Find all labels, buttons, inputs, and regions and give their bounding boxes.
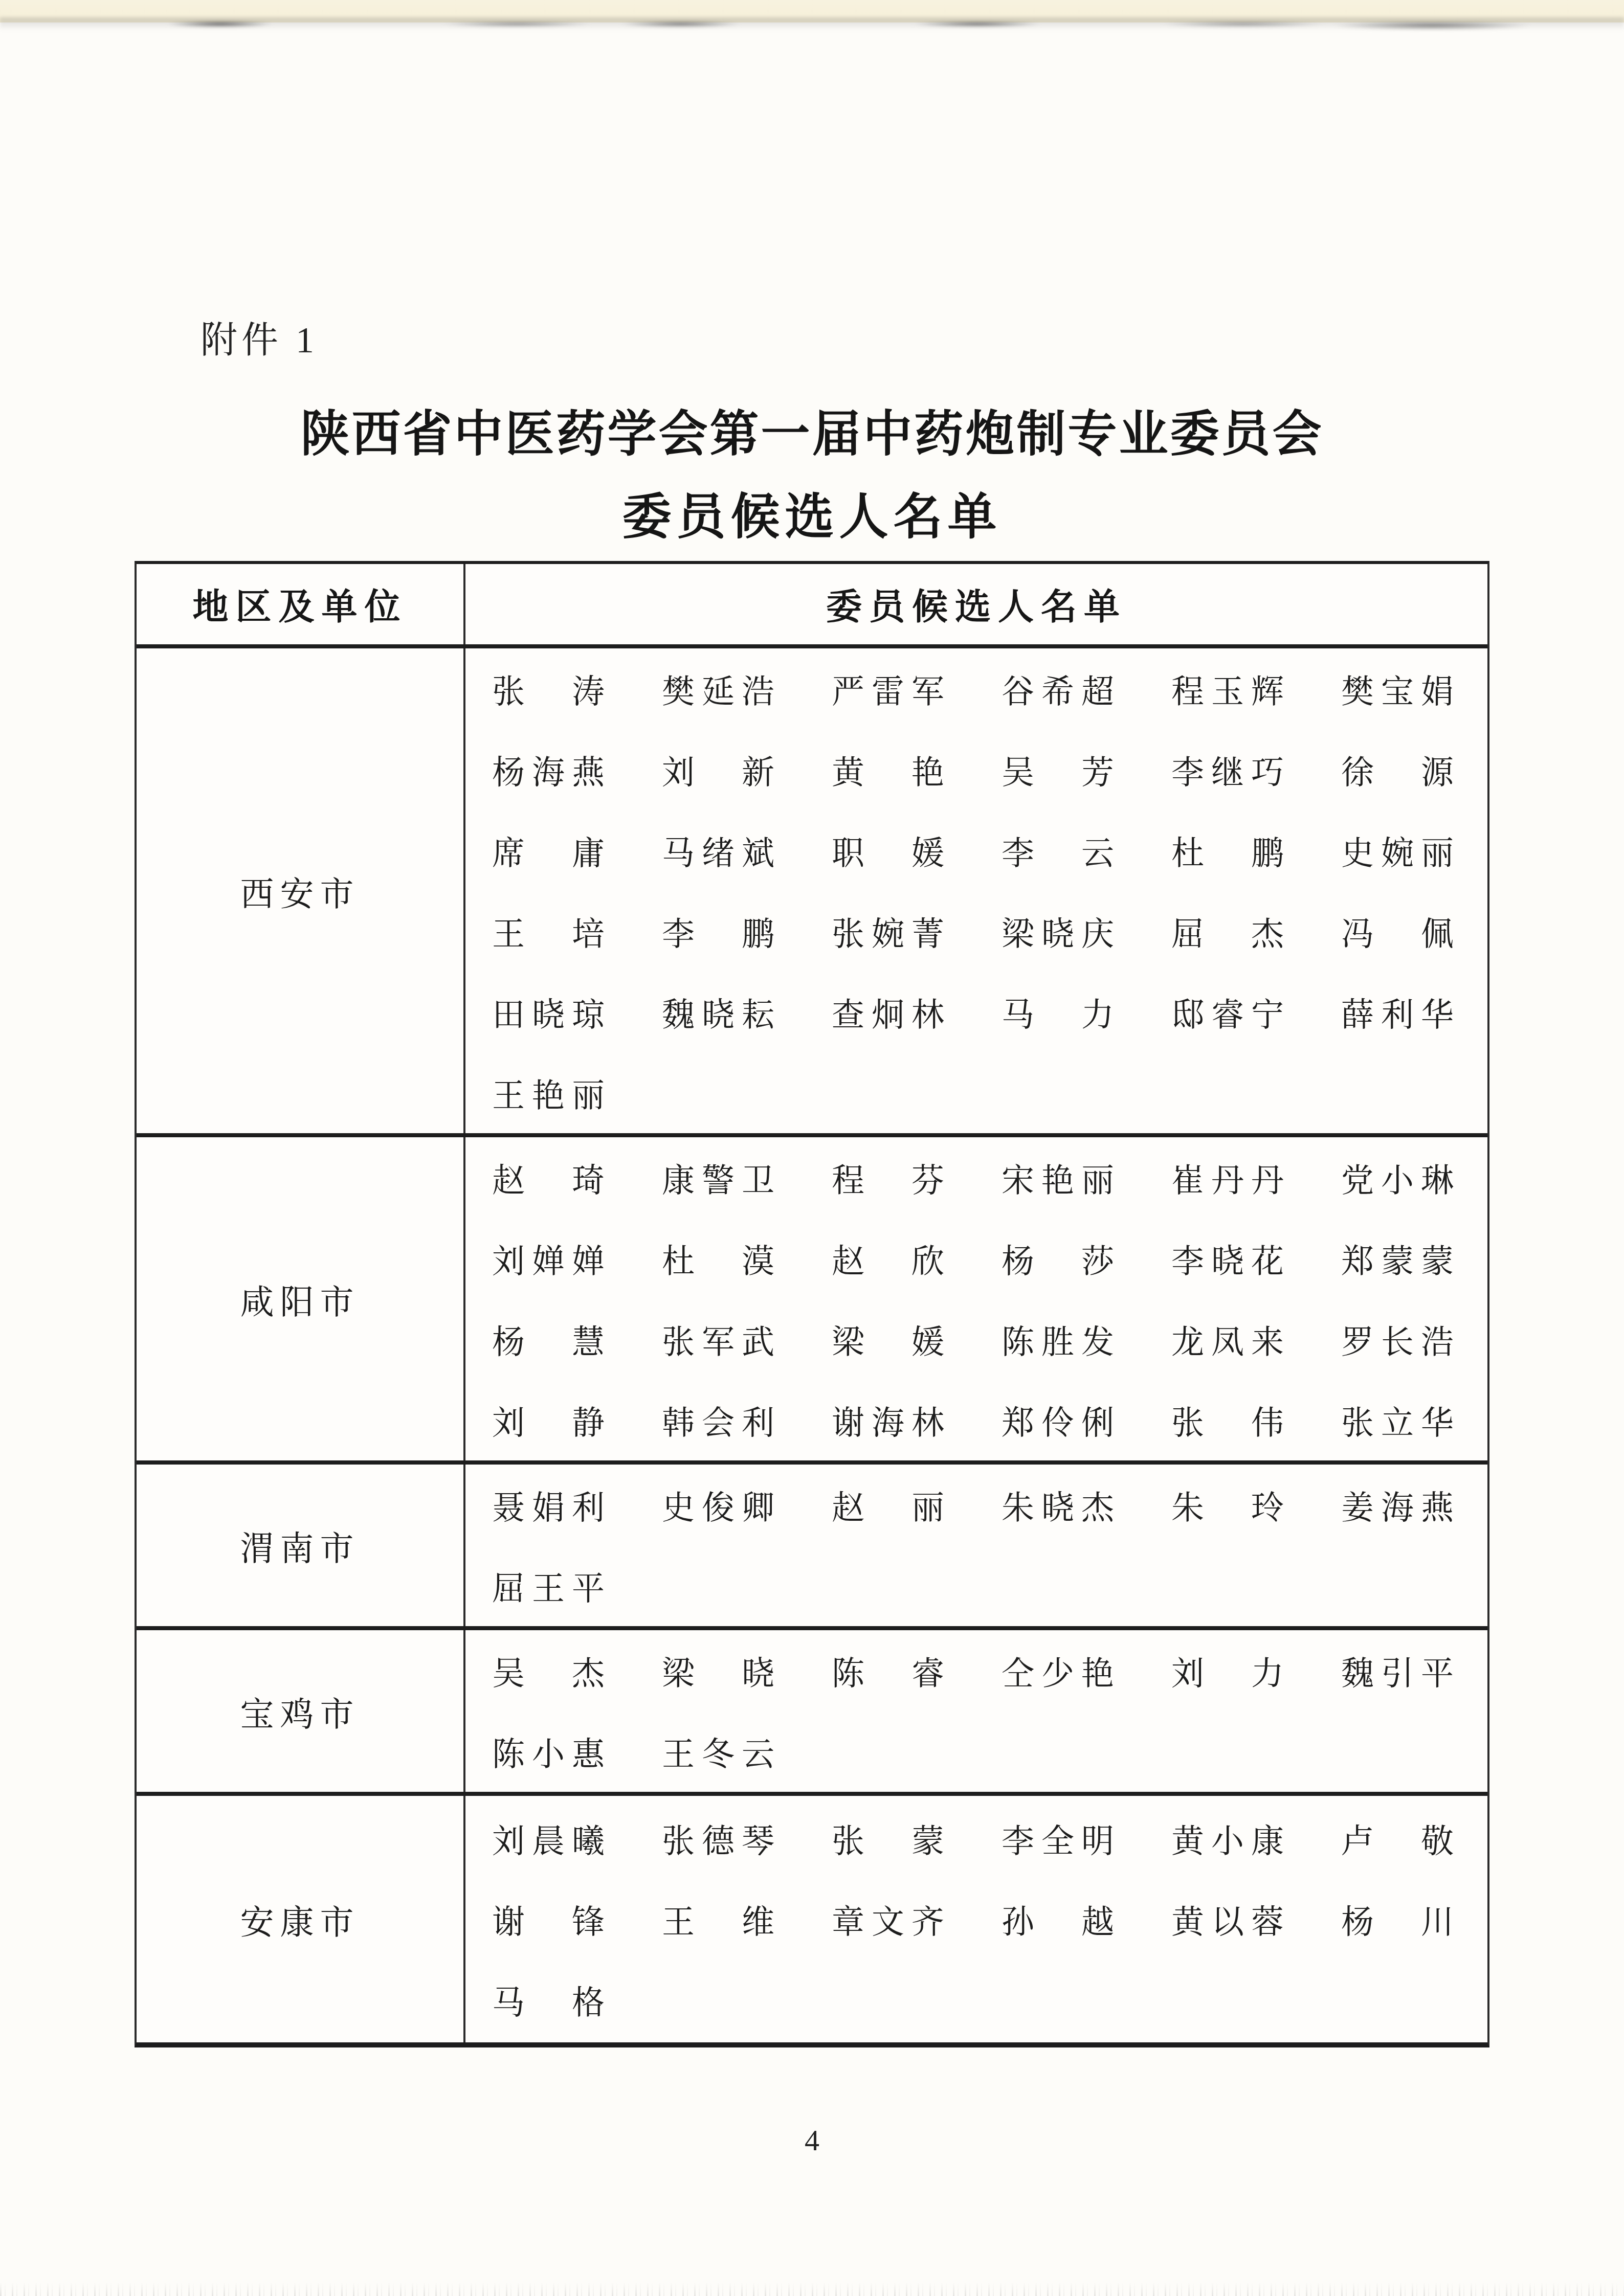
column-header-candidates: 委员候选人名单 bbox=[465, 564, 1487, 644]
candidate-name: 王冬云 bbox=[662, 1728, 832, 1775]
candidate-name: 梁 媛 bbox=[832, 1316, 1002, 1363]
candidate-name-line: 席 庸马绪斌职 媛李 云杜 鹏史婉丽 bbox=[492, 810, 1511, 891]
candidate-name: 职 媛 bbox=[832, 827, 1002, 874]
candidate-name: 查炯林 bbox=[832, 988, 1002, 1036]
candidate-name-line: 赵 琦康警卫程 芬宋艳丽崔丹丹党小琳 bbox=[492, 1137, 1511, 1218]
region-cell: 宝鸡市 bbox=[137, 1630, 465, 1792]
candidate-name: 孙 越 bbox=[1002, 1896, 1171, 1943]
candidate-name: 刘 静 bbox=[492, 1397, 662, 1444]
candidate-name: 樊延浩 bbox=[662, 665, 832, 712]
candidate-name: 樊宝娟 bbox=[1341, 665, 1511, 712]
candidate-name: 冯 佩 bbox=[1341, 908, 1511, 955]
table-row-1: 咸阳市赵 琦康警卫程 芬宋艳丽崔丹丹党小琳刘婵婵杜 漠赵 欣杨 莎李晓花郑蒙蒙杨… bbox=[137, 1133, 1487, 1460]
candidate-name: 罗长浩 bbox=[1341, 1316, 1511, 1363]
candidate-name: 张德琴 bbox=[662, 1815, 832, 1862]
candidate-name: 杨 川 bbox=[1341, 1896, 1511, 1943]
candidate-name-line: 聂娟利史俊卿赵 丽朱晓杰朱 玲姜海燕 bbox=[492, 1465, 1511, 1545]
scan-bottom-edge-artifact bbox=[0, 2283, 1624, 2296]
candidate-name: 李 云 bbox=[1002, 827, 1171, 874]
candidate-name: 韩会利 bbox=[662, 1397, 832, 1444]
table-row-2: 渭南市聂娟利史俊卿赵 丽朱晓杰朱 玲姜海燕屈王平 bbox=[137, 1460, 1487, 1626]
candidate-name: 田晓琼 bbox=[492, 988, 662, 1036]
candidate-name: 龙凤来 bbox=[1171, 1316, 1341, 1363]
candidate-name: 邸睿宁 bbox=[1171, 988, 1341, 1036]
candidate-name: 谷希超 bbox=[1002, 665, 1171, 712]
candidate-name: 屈 杰 bbox=[1171, 908, 1341, 955]
candidate-name: 章文齐 bbox=[832, 1896, 1002, 1943]
candidate-name: 张婉菁 bbox=[832, 908, 1002, 955]
candidate-name-line: 田晓琼魏晓耘查炯林马 力邸睿宁薛利华 bbox=[492, 972, 1511, 1052]
candidate-name: 李晓花 bbox=[1171, 1235, 1341, 1282]
candidate-name: 薛利华 bbox=[1341, 988, 1511, 1036]
candidate-name-line: 刘婵婵杜 漠赵 欣杨 莎李晓花郑蒙蒙 bbox=[492, 1218, 1511, 1299]
candidate-name: 谢海林 bbox=[832, 1397, 1002, 1444]
table-row-0: 西安市张 涛樊延浩严雷军谷希超程玉辉樊宝娟杨海燕刘 新黄 艳吴 芳李继巧徐 源席… bbox=[137, 648, 1487, 1133]
candidates-cell: 张 涛樊延浩严雷军谷希超程玉辉樊宝娟杨海燕刘 新黄 艳吴 芳李继巧徐 源席 庸马… bbox=[465, 648, 1511, 1133]
candidate-name: 程 芬 bbox=[832, 1154, 1002, 1201]
candidates-cell: 刘晨曦张德琴张 蒙李全明黄小康卢 敬谢 锋王 维章文齐孙 越黄以蓉杨 川马 格 bbox=[465, 1796, 1511, 2042]
candidate-name: 张军武 bbox=[662, 1316, 832, 1363]
candidate-name: 王 维 bbox=[662, 1896, 832, 1943]
candidate-name: 魏晓耘 bbox=[662, 988, 832, 1036]
candidate-name: 黄小康 bbox=[1171, 1815, 1341, 1862]
candidate-name: 赵 琦 bbox=[492, 1154, 662, 1201]
candidate-name: 李全明 bbox=[1002, 1815, 1171, 1862]
candidate-name-line: 刘晨曦张德琴张 蒙李全明黄小康卢 敬 bbox=[492, 1798, 1511, 1879]
candidate-name: 杜 漠 bbox=[662, 1235, 832, 1282]
candidate-name: 史婉丽 bbox=[1341, 827, 1511, 874]
region-label: 咸阳市 bbox=[240, 1275, 360, 1323]
region-label: 西安市 bbox=[240, 867, 360, 915]
candidate-name: 梁 晓 bbox=[662, 1647, 832, 1694]
candidate-name-line: 杨 慧张军武梁 媛陈胜发龙凤来罗长浩 bbox=[492, 1299, 1511, 1380]
candidate-name: 郑伶俐 bbox=[1002, 1397, 1171, 1444]
candidate-name: 马 格 bbox=[492, 1976, 662, 2023]
region-label: 宝鸡市 bbox=[240, 1687, 360, 1736]
candidate-name-line: 马 格 bbox=[492, 1960, 1511, 2040]
candidate-name-line: 吴 杰梁 晓陈 睿仝少艳刘 力魏引平 bbox=[492, 1630, 1511, 1711]
candidate-name-line: 刘 静韩会利谢海林郑伶俐张 伟张立华 bbox=[492, 1380, 1511, 1460]
region-cell: 安康市 bbox=[137, 1796, 465, 2042]
candidate-name: 朱晓杰 bbox=[1002, 1481, 1171, 1528]
candidates-table: 地区及单位 委员候选人名单 西安市张 涛樊延浩严雷军谷希超程玉辉樊宝娟杨海燕刘 … bbox=[135, 561, 1489, 2047]
candidate-name: 杨 慧 bbox=[492, 1316, 662, 1363]
table-body: 西安市张 涛樊延浩严雷军谷希超程玉辉樊宝娟杨海燕刘 新黄 艳吴 芳李继巧徐 源席… bbox=[137, 648, 1487, 2042]
candidate-name: 王 培 bbox=[492, 908, 662, 955]
candidate-name: 宋艳丽 bbox=[1002, 1154, 1171, 1201]
candidate-name: 谢 锋 bbox=[492, 1896, 662, 1943]
candidate-name: 李继巧 bbox=[1171, 746, 1341, 793]
candidate-name: 陈小惠 bbox=[492, 1728, 662, 1775]
candidate-name: 梁晓庆 bbox=[1002, 908, 1171, 955]
candidate-name: 杨海燕 bbox=[492, 746, 662, 793]
candidate-name: 程玉辉 bbox=[1171, 665, 1341, 712]
table-header-row: 地区及单位 委员候选人名单 bbox=[137, 564, 1487, 648]
candidate-name: 陈 睿 bbox=[832, 1647, 1002, 1694]
candidate-name: 徐 源 bbox=[1341, 746, 1511, 793]
page-number: 4 bbox=[0, 2123, 1624, 2157]
region-cell: 渭南市 bbox=[137, 1465, 465, 1626]
candidate-name: 杜 鹏 bbox=[1171, 827, 1341, 874]
candidate-name: 黄 艳 bbox=[832, 746, 1002, 793]
candidate-name: 崔丹丹 bbox=[1171, 1154, 1341, 1201]
table-row-4: 安康市刘晨曦张德琴张 蒙李全明黄小康卢 敬谢 锋王 维章文齐孙 越黄以蓉杨 川马… bbox=[137, 1792, 1487, 2042]
candidate-name: 王艳丽 bbox=[492, 1069, 662, 1116]
candidate-name: 刘 新 bbox=[662, 746, 832, 793]
candidate-name-line: 谢 锋王 维章文齐孙 越黄以蓉杨 川 bbox=[492, 1879, 1511, 1960]
candidate-name: 仝少艳 bbox=[1002, 1647, 1171, 1694]
candidate-name: 屈王平 bbox=[492, 1562, 662, 1609]
candidate-name: 陈胜发 bbox=[1002, 1316, 1171, 1363]
scan-top-smudge-artifact bbox=[0, 17, 1624, 31]
candidates-cell: 赵 琦康警卫程 芬宋艳丽崔丹丹党小琳刘婵婵杜 漠赵 欣杨 莎李晓花郑蒙蒙杨 慧张… bbox=[465, 1137, 1511, 1460]
region-cell: 西安市 bbox=[137, 648, 465, 1133]
candidate-name: 朱 玲 bbox=[1171, 1481, 1341, 1528]
candidate-name: 卢 敬 bbox=[1341, 1815, 1511, 1862]
candidate-name: 吴 芳 bbox=[1002, 746, 1171, 793]
candidate-name: 刘晨曦 bbox=[492, 1815, 662, 1862]
region-label: 渭南市 bbox=[240, 1521, 360, 1570]
candidate-name: 张 伟 bbox=[1171, 1397, 1341, 1444]
candidate-name: 赵 丽 bbox=[832, 1481, 1002, 1528]
candidate-name-line: 王 培李 鹏张婉菁梁晓庆屈 杰冯 佩 bbox=[492, 891, 1511, 972]
table-row-3: 宝鸡市吴 杰梁 晓陈 睿仝少艳刘 力魏引平陈小惠王冬云 bbox=[137, 1626, 1487, 1792]
candidate-name: 席 庸 bbox=[492, 827, 662, 874]
region-cell: 咸阳市 bbox=[137, 1137, 465, 1460]
candidate-name-line: 屈王平 bbox=[492, 1545, 1511, 1626]
scanned-document-page: 附件 1 陕西省中医药学会第一届中药炮制专业委员会 委员候选人名单 地区及单位 … bbox=[0, 0, 1624, 2296]
candidate-name: 聂娟利 bbox=[492, 1481, 662, 1528]
candidate-name-line: 王艳丽 bbox=[492, 1052, 1511, 1133]
document-title-line2: 委员候选人名单 bbox=[0, 478, 1624, 548]
candidate-name: 魏引平 bbox=[1341, 1647, 1511, 1694]
candidate-name: 赵 欣 bbox=[832, 1235, 1002, 1282]
candidate-name-line: 张 涛樊延浩严雷军谷希超程玉辉樊宝娟 bbox=[492, 648, 1511, 729]
candidate-name: 康警卫 bbox=[662, 1154, 832, 1201]
candidate-name: 党小琳 bbox=[1341, 1154, 1511, 1201]
candidate-name: 马 力 bbox=[1002, 988, 1171, 1036]
column-header-region: 地区及单位 bbox=[137, 564, 465, 644]
candidate-name: 李 鹏 bbox=[662, 908, 832, 955]
candidates-cell: 吴 杰梁 晓陈 睿仝少艳刘 力魏引平陈小惠王冬云 bbox=[465, 1630, 1511, 1792]
candidate-name-line: 陈小惠王冬云 bbox=[492, 1711, 1511, 1792]
candidates-cell: 聂娟利史俊卿赵 丽朱晓杰朱 玲姜海燕屈王平 bbox=[465, 1465, 1511, 1626]
candidate-name: 杨 莎 bbox=[1002, 1235, 1171, 1282]
region-label: 安康市 bbox=[240, 1895, 360, 1944]
candidate-name: 郑蒙蒙 bbox=[1341, 1235, 1511, 1282]
candidate-name-line: 杨海燕刘 新黄 艳吴 芳李继巧徐 源 bbox=[492, 729, 1511, 810]
candidate-name: 史俊卿 bbox=[662, 1481, 832, 1528]
candidate-name: 马绪斌 bbox=[662, 827, 832, 874]
attachment-label: 附件 1 bbox=[201, 310, 318, 363]
candidate-name: 刘 力 bbox=[1171, 1647, 1341, 1694]
candidate-name: 张 涛 bbox=[492, 665, 662, 712]
candidate-name: 姜海燕 bbox=[1341, 1481, 1511, 1528]
document-title-line1: 陕西省中医药学会第一届中药炮制专业委员会 bbox=[0, 395, 1624, 465]
candidate-name: 张立华 bbox=[1341, 1397, 1511, 1444]
candidate-name: 吴 杰 bbox=[492, 1647, 662, 1694]
candidate-name: 严雷军 bbox=[832, 665, 1002, 712]
candidate-name: 黄以蓉 bbox=[1171, 1896, 1341, 1943]
candidate-name: 张 蒙 bbox=[832, 1815, 1002, 1862]
candidate-name: 刘婵婵 bbox=[492, 1235, 662, 1282]
